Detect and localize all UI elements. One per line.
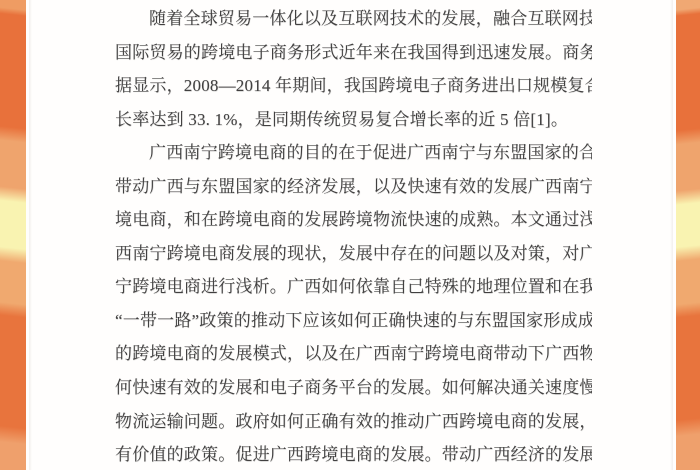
text-line: 国际贸易的跨境电子商务形式近年来在我国得到迅速发展。商务部数 [115,36,592,70]
text-line: 长率达到 33. 1%，是同期传统贸易复合增长率的近 5 倍[1]。 [115,103,592,137]
document-page: 随着全球贸易一体化以及互联网技术的发展，融合互联网技术和 国际贸易的跨境电子商务… [0,0,700,470]
text-line: 物流运输问题。政府如何正确有效的推动广西跨境电商的发展，提供 [115,405,592,439]
text-line: “一带一路”政策的推动下应该如何正确快速的与东盟国家形成成熟 [115,304,592,338]
text-line: 何快速有效的发展和电子商务平台的发展。如何解决通关速度慢以及 [115,371,592,405]
text-line: 据显示，2008—2014 年期间，我国跨境电子商务进出口规模复合增 [115,69,592,103]
right-decorative-border [676,0,700,470]
text-line: 随着全球贸易一体化以及互联网技术的发展，融合互联网技术和 [115,2,592,36]
text-line: 有价值的政策。促进广西跨境电商的发展。带动广西经济的发展。 [115,438,592,470]
text-line: 西南宁跨境电商发展的现状，发展中存在的问题以及对策，对广西南 [115,237,592,271]
left-decorative-border [0,0,26,470]
text-line: 境电商，和在跨境电商的发展跨境物流快速的成熟。本文通过浅谈广 [115,203,592,237]
text-line: 宁跨境电商进行浅析。广西如何依靠自己特殊的地理位置和在我国 [115,270,592,304]
text-line: 带动广西与东盟国家的经济发展，以及快速有效的发展广西南宁的跨 [115,170,592,204]
text-line: 的跨境电商的发展模式，以及在广西南宁跨境电商带动下广西物流如 [115,337,592,371]
document-text-block: 随着全球贸易一体化以及互联网技术的发展，融合互联网技术和 国际贸易的跨境电子商务… [115,2,592,470]
page-edge-shadow-right [670,0,673,470]
page-edge-shadow-left [29,0,32,470]
text-line: 广西南宁跨境电商的目的在于促进广西南宁与东盟国家的合作， [115,136,592,170]
